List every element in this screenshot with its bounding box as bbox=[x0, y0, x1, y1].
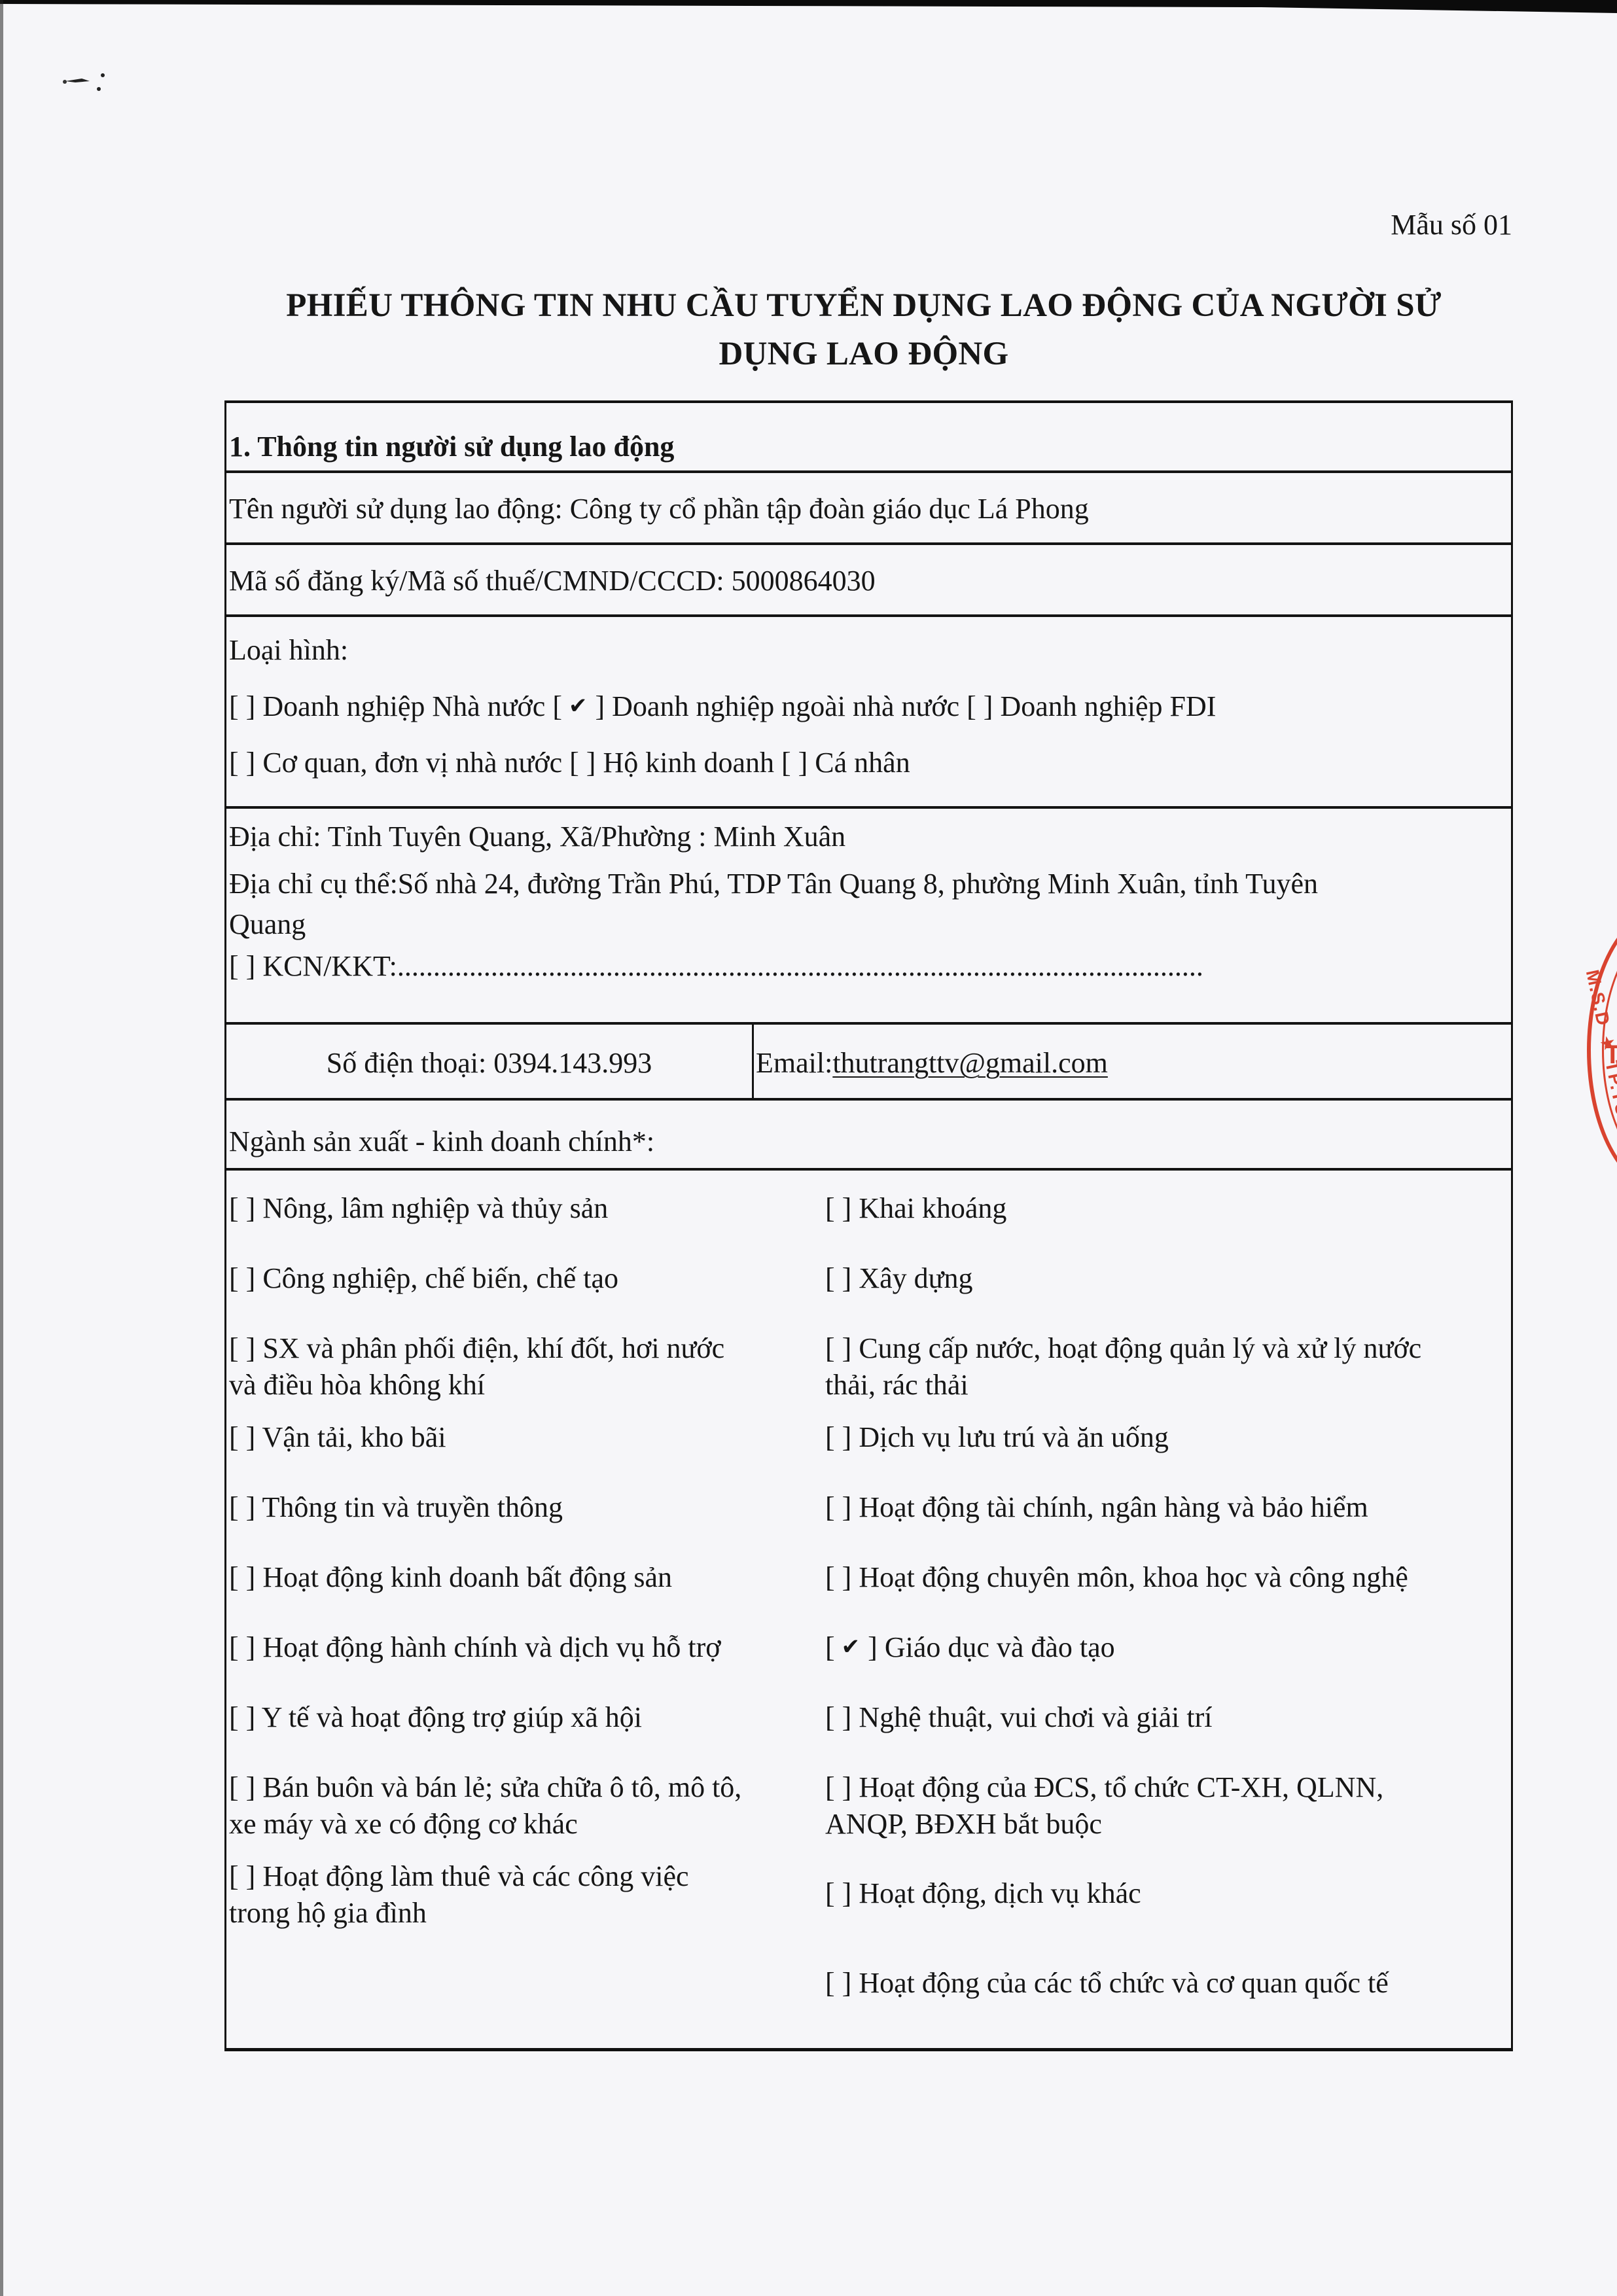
kcn-kkt-field[interactable]: [ ] KCN/KKT:............................… bbox=[229, 949, 1511, 993]
industry-option-label: [ ] Công nghiệp, chế biến, chế tạo bbox=[229, 1260, 823, 1297]
email-cell: Email:thutrangttv@gmail.com bbox=[754, 1025, 1108, 1098]
employer-name: Tên người sử dụng lao động: Công ty cổ p… bbox=[229, 493, 1089, 525]
address-detail-line-2: Quang bbox=[229, 904, 1511, 945]
industry-option[interactable]: [ ] Xây dựng bbox=[823, 1260, 1510, 1330]
industry-checkbox[interactable]: [ ] bbox=[825, 1192, 859, 1224]
industry-option-label: [ ] Khai khoáng bbox=[825, 1190, 1510, 1227]
industry-option[interactable]: [ ] Hoạt động kinh doanh bất động sản bbox=[226, 1559, 823, 1629]
industry-checkbox[interactable]: [ ] bbox=[229, 1421, 262, 1453]
address-general: Địa chỉ: Tỉnh Tuyên Quang, Xã/Phường : M… bbox=[229, 819, 1511, 864]
industry-option[interactable]: [ ] Y tế và hoạt động trợ giúp xã hội bbox=[226, 1699, 823, 1769]
employer-info-table: 1. Thông tin người sử dụng lao động Tên … bbox=[224, 400, 1513, 2051]
industry-checkbox[interactable]: [ ] bbox=[229, 1860, 262, 1892]
business-type-checkbox[interactable]: [ ] bbox=[781, 747, 815, 779]
business-type-option-label: Doanh nghiệp Nhà nước bbox=[262, 690, 552, 722]
email-link[interactable]: thutrangttv@gmail.com bbox=[832, 1046, 1108, 1081]
industry-option[interactable]: [ ] Hoạt động làm thuê và các công việct… bbox=[226, 1858, 823, 1952]
industry-checkbox[interactable]: [ ] bbox=[825, 1421, 859, 1453]
title-line-2: DỤNG LAO ĐỘNG bbox=[216, 330, 1512, 378]
industry-checkbox[interactable]: [ ] bbox=[229, 1332, 262, 1364]
address-row: Địa chỉ: Tỉnh Tuyên Quang, Xã/Phường : M… bbox=[226, 809, 1511, 1025]
industry-checkbox[interactable]: [ ] bbox=[229, 1701, 262, 1733]
business-type-checkbox[interactable]: [ ] bbox=[569, 747, 603, 779]
page-title: PHIẾU THÔNG TIN NHU CẦU TUYỂN DỤNG LAO Đ… bbox=[216, 281, 1512, 378]
industry-option[interactable]: [ ] Cung cấp nước, hoạt động quản lý và … bbox=[823, 1330, 1510, 1419]
empty-cell bbox=[226, 1952, 823, 2035]
industry-option-label: [ ] Hoạt động hành chính và dịch vụ hỗ t… bbox=[229, 1629, 823, 1666]
business-type-option-label: Cơ quan, đơn vị nhà nước bbox=[262, 747, 569, 779]
industry-option-label: xe máy và xe có động cơ khác bbox=[229, 1806, 823, 1843]
kcn-fill-dots: ........................................… bbox=[397, 950, 1203, 982]
contact-row: Số điện thoại: 0394.143.993 Email:thutra… bbox=[226, 1025, 1511, 1101]
scan-edge-top bbox=[0, 0, 1617, 13]
industry-checkbox[interactable]: [ ] bbox=[825, 1877, 859, 1909]
industry-option-label: [ ] Hoạt động làm thuê và các công việc bbox=[229, 1858, 823, 1895]
business-type-option[interactable]: [ ] Doanh nghiệp Nhà nước bbox=[229, 690, 552, 722]
business-type-checkbox[interactable]: [ ] bbox=[229, 690, 262, 722]
industry-option[interactable]: [✔] Giáo dục và đào tạo bbox=[823, 1629, 1510, 1699]
kcn-label: KCN/KKT: bbox=[262, 950, 397, 982]
business-type-option[interactable]: [✔] Doanh nghiệp ngoài nhà nước bbox=[552, 690, 967, 722]
address-detail-line-1: Địa chỉ cụ thể:Số nhà 24, đường Trần Phú… bbox=[229, 864, 1511, 904]
industry-checkbox[interactable]: [ ] bbox=[825, 1262, 859, 1294]
industry-option[interactable]: [ ] Hoạt động hành chính và dịch vụ hỗ t… bbox=[226, 1629, 823, 1699]
industry-option[interactable]: [ ] Hoạt động, dịch vụ khác bbox=[823, 1858, 1510, 1952]
business-type-options-1: [ ] Doanh nghiệp Nhà nước [✔] Doanh nghi… bbox=[229, 689, 1511, 745]
industry-checkbox[interactable]: [ ] bbox=[825, 1771, 859, 1803]
kcn-checkbox-box[interactable]: [ ] bbox=[229, 950, 262, 982]
industry-checkbox[interactable]: [ ] bbox=[825, 1967, 859, 1999]
business-type-option-label: Doanh nghiệp FDI bbox=[1000, 690, 1216, 722]
business-type-row: Loại hình: [ ] Doanh nghiệp Nhà nước [✔]… bbox=[226, 617, 1511, 809]
industry-option[interactable]: [ ] Dịch vụ lưu trú và ăn uống bbox=[823, 1419, 1510, 1489]
phone-cell: Số điện thoại: 0394.143.993 bbox=[226, 1025, 754, 1098]
industry-option-label: [✔] Giáo dục và đào tạo bbox=[825, 1629, 1510, 1666]
industry-option-label: ANQP, BĐXH bắt buộc bbox=[825, 1806, 1510, 1843]
business-type-options-2: [ ] Cơ quan, đơn vị nhà nước [ ] Hộ kinh… bbox=[229, 745, 1511, 802]
industry-option-label: thải, rác thải bbox=[825, 1367, 1510, 1404]
industry-checkbox[interactable]: [ ] bbox=[229, 1262, 262, 1294]
checkmark-icon: ✔ bbox=[842, 1629, 861, 1666]
title-line-1: PHIẾU THÔNG TIN NHU CẦU TUYỂN DỤNG LAO Đ… bbox=[216, 281, 1512, 330]
industry-option-label: [ ] Y tế và hoạt động trợ giúp xã hội bbox=[229, 1699, 823, 1736]
industry-checkbox[interactable]: [ ] bbox=[229, 1561, 262, 1593]
industry-checkbox[interactable]: [✔] bbox=[825, 1631, 885, 1663]
kcn-checkbox[interactable]: [ ] bbox=[229, 950, 262, 982]
business-type-option[interactable]: [ ] Doanh nghiệp FDI bbox=[967, 690, 1216, 722]
industry-option[interactable]: [ ] Hoạt động chuyên môn, khoa học và cô… bbox=[823, 1559, 1510, 1629]
industry-option[interactable]: [ ] Công nghiệp, chế biến, chế tạo bbox=[226, 1260, 823, 1330]
industry-option[interactable]: [ ] Hoạt động của ĐCS, tổ chức CT-XH, QL… bbox=[823, 1769, 1510, 1858]
industry-option-label: [ ] Hoạt động của ĐCS, tổ chức CT-XH, QL… bbox=[825, 1769, 1510, 1806]
staple-mark-icon bbox=[62, 72, 108, 98]
registration-code: Mã số đăng ký/Mã số thuế/CMND/CCCD: 5000… bbox=[229, 565, 876, 597]
industry-checkbox[interactable]: [ ] bbox=[229, 1771, 262, 1803]
business-type-option[interactable]: [ ] Cá nhân bbox=[781, 747, 910, 779]
industry-option-label: [ ] Hoạt động tài chính, ngân hàng và bả… bbox=[825, 1489, 1510, 1526]
industry-option-label: trong hộ gia đình bbox=[229, 1895, 823, 1932]
industry-option[interactable]: [ ] SX và phân phối điện, khí đốt, hơi n… bbox=[226, 1330, 823, 1419]
industry-checkbox[interactable]: [ ] bbox=[229, 1631, 262, 1663]
industry-option-label: [ ] Nông, lâm nghiệp và thủy sản bbox=[229, 1190, 823, 1227]
industry-option-label: [ ] Hoạt động chuyên môn, khoa học và cô… bbox=[825, 1559, 1510, 1596]
address-detail: Địa chỉ cụ thể:Số nhà 24, đường Trần Phú… bbox=[229, 864, 1511, 945]
business-type-checkbox[interactable]: [ ] bbox=[967, 690, 1000, 722]
industry-checkbox[interactable]: [ ] bbox=[825, 1561, 859, 1593]
business-type-option[interactable]: [ ] Hộ kinh doanh bbox=[569, 747, 781, 779]
industry-checkbox[interactable]: [ ] bbox=[825, 1491, 859, 1523]
industry-option-label: [ ] Nghệ thuật, vui chơi và giải trí bbox=[825, 1699, 1510, 1736]
industry-options-grid: [ ] Nông, lâm nghiệp và thủy sản[ ] Khai… bbox=[226, 1171, 1511, 2048]
industry-option-label: [ ] Bán buôn và bán lẻ; sửa chữa ô tô, m… bbox=[229, 1769, 823, 1806]
industry-option[interactable]: [ ] Vận tải, kho bãi bbox=[226, 1419, 823, 1489]
industry-label: Ngành sản xuất - kinh doanh chính*: bbox=[229, 1125, 654, 1157]
industry-option[interactable]: [ ] Thông tin và truyền thông bbox=[226, 1489, 823, 1559]
industry-option[interactable]: [ ] Hoạt động tài chính, ngân hàng và bả… bbox=[823, 1489, 1510, 1559]
industry-option-label: [ ] Hoạt động kinh doanh bất động sản bbox=[229, 1559, 823, 1596]
scan-edge-left bbox=[0, 0, 3, 2296]
industry-checkbox[interactable]: [ ] bbox=[229, 1491, 262, 1523]
industry-option-label: và điều hòa không khí bbox=[229, 1367, 823, 1404]
industry-option[interactable]: [ ] Nông, lâm nghiệp và thủy sản bbox=[226, 1190, 823, 1260]
industry-option[interactable]: [ ] Khai khoáng bbox=[823, 1190, 1510, 1260]
industry-option-label: [ ] Vận tải, kho bãi bbox=[229, 1419, 823, 1456]
checkmark-icon: ✔ bbox=[569, 689, 588, 724]
industry-option[interactable]: [ ] Bán buôn và bán lẻ; sửa chữa ô tô, m… bbox=[226, 1769, 823, 1858]
seal-partial-text: TÂ bbox=[1605, 1040, 1617, 1070]
business-type-option-label: Cá nhân bbox=[815, 747, 910, 779]
business-type-option-label: Hộ kinh doanh bbox=[603, 747, 781, 779]
industry-option-label: [ ] Hoạt động của các tổ chức và cơ quan… bbox=[825, 1965, 1510, 2002]
industry-option-label: [ ] Dịch vụ lưu trú và ăn uống bbox=[825, 1419, 1510, 1456]
industry-option-label: [ ] SX và phân phối điện, khí đốt, hơi n… bbox=[229, 1330, 823, 1367]
employer-name-row: Tên người sử dụng lao động: Công ty cổ p… bbox=[226, 473, 1511, 545]
registration-code-row: Mã số đăng ký/Mã số thuế/CMND/CCCD: 5000… bbox=[226, 545, 1511, 617]
business-type-checkbox[interactable]: [ ] bbox=[229, 747, 262, 779]
business-type-label: Loại hình: bbox=[229, 633, 1511, 689]
industry-heading-row: Ngành sản xuất - kinh doanh chính*: bbox=[226, 1101, 1511, 1171]
industry-option-label: [ ] Thông tin và truyền thông bbox=[229, 1489, 823, 1526]
phone-number: Số điện thoại: 0394.143.993 bbox=[327, 1046, 652, 1081]
section-heading: 1. Thông tin người sử dụng lao động bbox=[226, 403, 1511, 473]
industry-option[interactable]: [ ] Nghệ thuật, vui chơi và giải trí bbox=[823, 1699, 1510, 1769]
business-type-option-label: Doanh nghiệp ngoài nhà nước bbox=[612, 690, 967, 722]
industry-option-label: [ ] Hoạt động, dịch vụ khác bbox=[825, 1875, 1510, 1912]
email-label: Email: bbox=[756, 1046, 832, 1081]
industry-option-label: [ ] Cung cấp nước, hoạt động quản lý và … bbox=[825, 1330, 1510, 1367]
industry-option-label: [ ] Xây dựng bbox=[825, 1260, 1510, 1297]
industry-checkbox[interactable]: [ ] bbox=[825, 1701, 859, 1733]
industry-option[interactable]: [ ] Hoạt động của các tổ chức và cơ quan… bbox=[823, 1952, 1510, 2035]
industry-checkbox[interactable]: [ ] bbox=[229, 1192, 262, 1224]
industry-checkbox[interactable]: [ ] bbox=[825, 1332, 859, 1364]
business-type-checkbox[interactable]: [✔] bbox=[552, 690, 612, 722]
form-code: Mẫu số 01 bbox=[1391, 208, 1512, 241]
business-type-option[interactable]: [ ] Cơ quan, đơn vị nhà nước bbox=[229, 747, 569, 779]
